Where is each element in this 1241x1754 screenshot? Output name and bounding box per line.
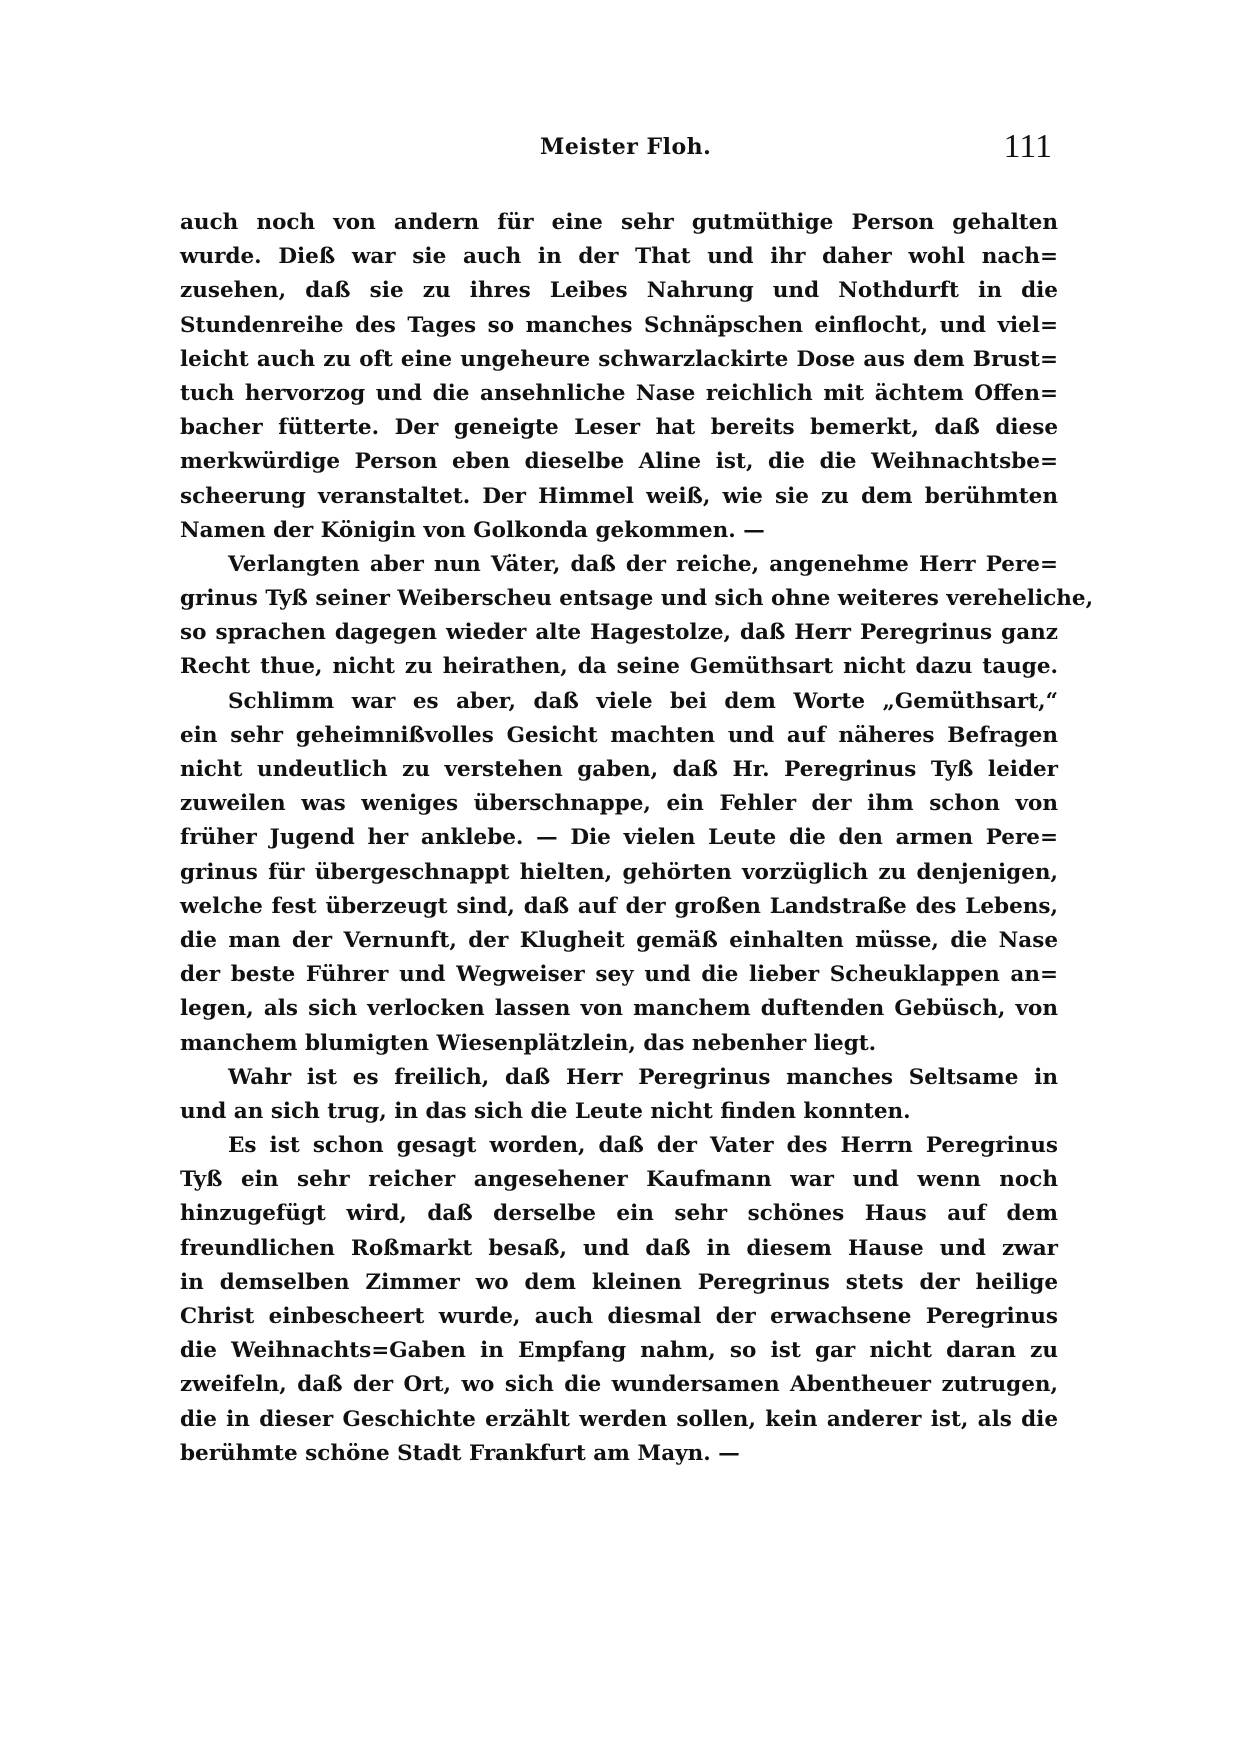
body-text: auch noch von andern für eine sehr gutmü… [180,206,1058,1471]
text-line: hinzugefügt wird, daß derselbe ein sehr … [180,1197,1058,1231]
text-line: merkwürdige Person eben dieselbe Aline i… [180,445,1058,479]
text-line: manchem blumigten Wiesenplätzlein, das n… [180,1027,1058,1061]
paragraph: Schlimm war es aber, daß viele bei dem W… [180,685,1058,1061]
text-line: auch noch von andern für eine sehr gutmü… [180,206,1058,240]
text-line: nicht undeutlich zu verstehen gaben, daß… [180,753,1058,787]
running-head: Meister Floh. 111 [180,128,1058,168]
book-page: Meister Floh. 111 auch noch von andern f… [0,0,1241,1754]
text-line: grinus für übergeschnappt hielten, gehör… [180,856,1058,890]
text-line: welche fest überzeugt sind, daß auf der … [180,890,1058,924]
text-line: leicht auch zu oft eine ungeheure schwar… [180,343,1058,377]
text-line: Verlangten aber nun Väter, daß der reich… [180,548,1058,582]
page-number: 111 [1004,128,1052,166]
text-line: bacher fütterte. Der geneigte Leser hat … [180,411,1058,445]
text-line: die Weihnachts=Gaben in Empfang nahm, so… [180,1334,1058,1368]
text-line: Schlimm war es aber, daß viele bei dem W… [180,685,1058,719]
text-line: legen, als sich verlocken lassen von man… [180,992,1058,1026]
text-line: in demselben Zimmer wo dem kleinen Pereg… [180,1266,1058,1300]
text-line: wurde. Dieß war sie auch in der That und… [180,240,1058,274]
text-line: Recht thue, nicht zu heirathen, da seine… [180,650,1058,684]
paragraph: auch noch von andern für eine sehr gutmü… [180,206,1058,548]
text-line: Stundenreihe des Tages so manches Schnäp… [180,309,1058,343]
text-line: Wahr ist es freilich, daß Herr Peregrinu… [180,1061,1058,1095]
text-line: die in dieser Geschichte erzählt werden … [180,1403,1058,1437]
paragraph: Wahr ist es freilich, daß Herr Peregrinu… [180,1061,1058,1129]
text-line: Tyß ein sehr reicher angesehener Kaufman… [180,1163,1058,1197]
text-line: scheerung veranstaltet. Der Himmel weiß,… [180,480,1058,514]
text-line: der beste Führer und Wegweiser sey und d… [180,958,1058,992]
running-title: Meister Floh. [540,134,711,160]
text-line: freundlichen Roßmarkt besaß, und daß in … [180,1232,1058,1266]
text-line: berühmte schöne Stadt Frankfurt am Mayn.… [180,1437,1058,1471]
text-line: so sprachen dagegen wieder alte Hagestol… [180,616,1058,650]
paragraph: Verlangten aber nun Väter, daß der reich… [180,548,1058,685]
text-line: ein sehr geheimnißvolles Gesicht machten… [180,719,1058,753]
text-line: Christ einbescheert wurde, auch diesmal … [180,1300,1058,1334]
text-line: grinus Tyß seiner Weiberscheu entsage un… [180,582,1058,616]
text-line: zuweilen was weniges überschnappe, ein F… [180,787,1058,821]
text-line: und an sich trug, in das sich die Leute … [180,1095,1058,1129]
text-line: zusehen, daß sie zu ihres Leibes Nahrung… [180,274,1058,308]
text-line: die man der Vernunft, der Klugheit gemäß… [180,924,1058,958]
text-line: Es ist schon gesagt worden, daß der Vate… [180,1129,1058,1163]
text-line: Namen der Königin von Golkonda gekommen.… [180,514,1058,548]
text-line: zweifeln, daß der Ort, wo sich die wunde… [180,1368,1058,1402]
paragraph: Es ist schon gesagt worden, daß der Vate… [180,1129,1058,1471]
scan-speck [998,1140,1001,1143]
text-line: tuch hervorzog und die ansehnliche Nase … [180,377,1058,411]
text-line: früher Jugend her anklebe. — Die vielen … [180,821,1058,855]
